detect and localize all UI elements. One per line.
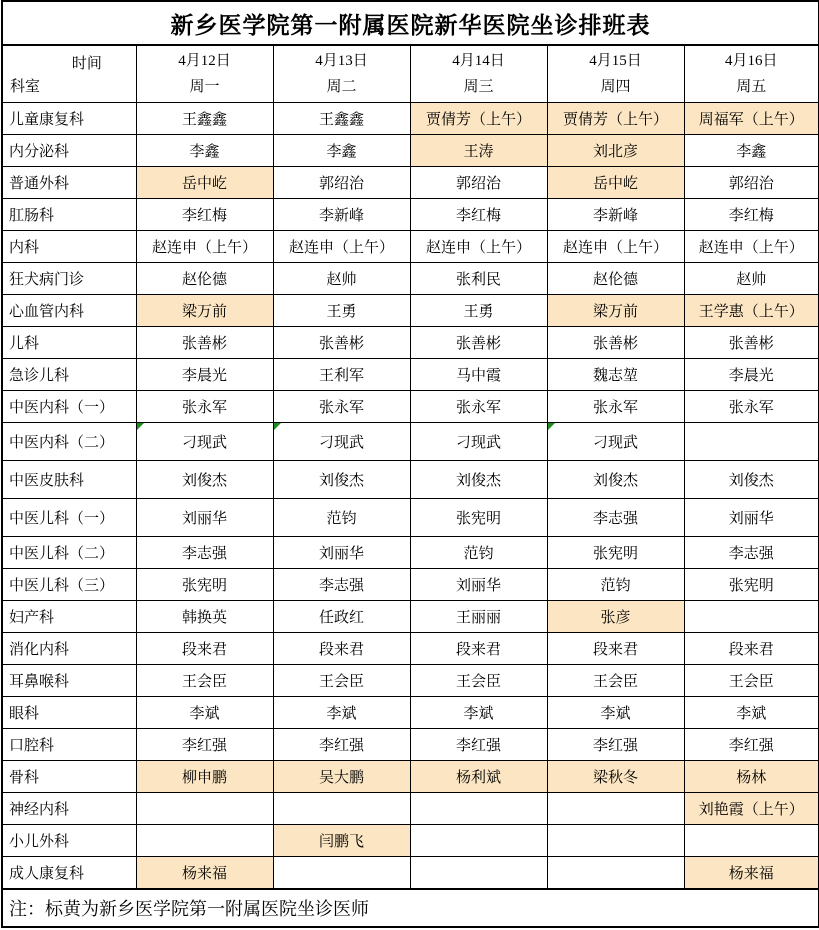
schedule-cell: 刘俊杰 [410,461,547,499]
schedule-cell [547,857,684,889]
day-header: 4月12日周一 [136,45,273,103]
schedule-cell: 王会臣 [547,665,684,697]
schedule-cell: 李斌 [273,697,410,729]
department-cell: 普通外科 [2,167,136,199]
doctor-name: 梁万前 [182,304,227,320]
doctor-name: 刁现武 [319,435,364,451]
doctor-name: 刘北彦 [593,144,638,160]
schedule-cell [410,793,547,825]
doctor-name: 韩换英 [182,610,227,626]
doctor-name: 李红强 [456,738,501,754]
schedule-cell: 张宪明 [410,499,547,537]
doctor-name: 张善彬 [182,336,227,352]
schedule-cell: 赵连申（上午） [684,231,819,263]
department-cell: 神经内科 [2,793,136,825]
schedule-cell: 刘俊杰 [684,461,819,499]
day-date: 4月14日 [411,48,547,74]
doctor-name: 刘俊杰 [593,473,638,489]
day-date: 4月13日 [274,48,410,74]
doctor-name: 周福军（上午） [699,112,804,128]
schedule-cell: 刘丽华 [410,569,547,601]
schedule-cell: 梁万前 [547,295,684,327]
table-row: 普通外科岳中屹郭绍治郭绍治岳中屹郭绍治 [2,167,819,199]
doctor-name: 段来君 [729,642,774,658]
doctor-name: 段来君 [593,642,638,658]
doctor-name: 刘艳霞（上午） [699,802,804,818]
schedule-cell [684,423,819,461]
day-weekday: 周二 [274,74,410,100]
schedule-cell: 刁现武 [273,423,410,461]
doctor-name: 魏志堃 [593,368,638,384]
doctor-name: 柳申鹏 [182,770,227,786]
doctor-name: 王涛 [463,144,493,160]
department-cell: 中医内科（二） [2,423,136,461]
schedule-cell [273,857,410,889]
schedule-cell: 岳中屹 [547,167,684,199]
doctor-name: 李晨光 [729,368,774,384]
schedule-cell: 段来君 [684,633,819,665]
schedule-cell: 张善彬 [136,327,273,359]
schedule-cell: 刁现武 [547,423,684,461]
schedule-cell: 李晨光 [684,359,819,391]
schedule-cell: 王学惠（上午） [684,295,819,327]
table-row: 骨科柳申鹏吴大鹏杨利斌梁秋冬杨林 [2,761,819,793]
schedule-cell: 王丽丽 [410,601,547,633]
schedule-cell: 张宪明 [684,569,819,601]
schedule-cell: 王鑫鑫 [273,103,410,135]
schedule-cell: 李红强 [684,729,819,761]
doctor-name: 李红强 [729,738,774,754]
schedule-cell: 郭绍治 [684,167,819,199]
day-weekday: 周五 [685,74,819,100]
schedule-cell: 赵连申（上午） [547,231,684,263]
schedule-cell [410,825,547,857]
doctor-name: 王勇 [326,304,356,320]
doctor-name: 刁现武 [456,435,501,451]
schedule-cell: 李志强 [684,537,819,569]
schedule-cell: 王会臣 [273,665,410,697]
table-row: 中医儿科（二）李志强刘丽华范钧张宪明李志强 [2,537,819,569]
schedule-cell: 杨利斌 [410,761,547,793]
doctor-name: 刁现武 [593,435,638,451]
department-cell: 成人康复科 [2,857,136,889]
doctor-name: 杨来福 [182,866,227,882]
schedule-cell: 李斌 [684,697,819,729]
schedule-cell: 张善彬 [684,327,819,359]
table-row: 口腔科李红强李红强李红强李红强李红强 [2,729,819,761]
doctor-name: 刁现武 [182,435,227,451]
schedule-cell: 李斌 [410,697,547,729]
doctor-name: 张彦 [600,610,630,626]
schedule-cell: 段来君 [273,633,410,665]
doctor-name: 张宪明 [729,578,774,594]
schedule-cell [547,825,684,857]
schedule-cell: 张永军 [547,391,684,423]
doctor-name: 王丽丽 [456,610,501,626]
schedule-cell: 王会臣 [684,665,819,697]
doctor-name: 李斌 [736,706,766,722]
schedule-cell: 郭绍治 [410,167,547,199]
schedule-cell: 闫鹏飞 [273,825,410,857]
schedule-cell: 李红梅 [684,199,819,231]
schedule-cell: 刘俊杰 [273,461,410,499]
schedule-cell: 王涛 [410,135,547,167]
doctor-name: 王鑫鑫 [319,112,364,128]
schedule-cell: 段来君 [136,633,273,665]
doctor-name: 王会臣 [319,674,364,690]
doctor-name: 梁秋冬 [593,770,638,786]
doctor-name: 李斌 [600,706,630,722]
doctor-name: 李志强 [729,546,774,562]
doctor-name: 刘丽华 [319,546,364,562]
doctor-name: 郭绍治 [319,176,364,192]
doctor-name: 张永军 [729,400,774,416]
schedule-cell: 王勇 [273,295,410,327]
day-weekday: 周一 [137,74,273,100]
doctor-name: 郭绍治 [456,176,501,192]
department-cell: 急诊儿科 [2,359,136,391]
table-row: 消化内科段来君段来君段来君段来君段来君 [2,633,819,665]
schedule-cell: 范钧 [273,499,410,537]
doctor-name: 贾倩芳（上午） [426,112,531,128]
schedule-cell: 刘北彦 [547,135,684,167]
table-row: 中医内科（二）刁现武刁现武刁现武刁现武 [2,423,819,461]
schedule-cell: 柳申鹏 [136,761,273,793]
doctor-name: 范钧 [463,546,493,562]
table-row: 急诊儿科李晨光王利军马中霞魏志堃李晨光 [2,359,819,391]
department-cell: 中医儿科（二） [2,537,136,569]
doctor-name: 李斌 [463,706,493,722]
schedule-cell: 李红梅 [410,199,547,231]
schedule-cell: 王鑫鑫 [136,103,273,135]
doctor-name: 张善彬 [319,336,364,352]
schedule-cell: 张永军 [273,391,410,423]
doctor-name: 吴大鹏 [319,770,364,786]
schedule-cell: 赵连申（上午） [136,231,273,263]
doctor-name: 王会臣 [593,674,638,690]
doctor-name: 梁万前 [593,304,638,320]
schedule-cell: 张善彬 [273,327,410,359]
doctor-name: 任政红 [319,610,364,626]
doctor-name: 闫鹏飞 [319,834,364,850]
doctor-name: 岳中屹 [182,176,227,192]
schedule-cell: 张善彬 [410,327,547,359]
department-cell: 内分泌科 [2,135,136,167]
day-date: 4月12日 [137,48,273,74]
schedule-cell: 贾倩芳（上午） [410,103,547,135]
corner-cell: 时间 科室 [2,45,136,103]
table-row: 神经内科刘艳霞（上午） [2,793,819,825]
schedule-cell: 张宪明 [136,569,273,601]
doctor-name: 赵连申（上午） [289,240,394,256]
schedule-cell: 王勇 [410,295,547,327]
day-date: 4月15日 [548,48,684,74]
schedule-cell: 张永军 [410,391,547,423]
department-cell: 小儿外科 [2,825,136,857]
schedule-cell: 李红强 [136,729,273,761]
schedule-cell: 李红梅 [136,199,273,231]
schedule-cell: 李红强 [273,729,410,761]
schedule-cell: 李斌 [136,697,273,729]
doctor-name: 李志强 [593,511,638,527]
doctor-name: 李鑫 [189,144,219,160]
schedule-cell [273,793,410,825]
day-header: 4月14日周三 [410,45,547,103]
schedule-cell: 郭绍治 [273,167,410,199]
day-header: 4月16日周五 [684,45,819,103]
schedule-cell: 赵伦德 [136,263,273,295]
day-header: 4月13日周二 [273,45,410,103]
doctor-name: 李志强 [182,546,227,562]
department-cell: 肛肠科 [2,199,136,231]
schedule-table: 新乡医学院第一附属医院新华医院坐诊排班表 时间 科室 4月12日周一4月13日周… [1,0,819,928]
day-date: 4月16日 [685,48,819,74]
schedule-cell: 刘丽华 [273,537,410,569]
schedule-cell: 魏志堃 [547,359,684,391]
schedule-cell: 刁现武 [136,423,273,461]
schedule-cell: 李新峰 [547,199,684,231]
schedule-cell: 李红强 [410,729,547,761]
schedule-cell: 张利民 [410,263,547,295]
doctor-name: 赵伦德 [593,272,638,288]
doctor-name: 张善彬 [729,336,774,352]
cell-error-marker-icon [137,423,144,430]
doctor-name: 赵连申（上午） [152,240,257,256]
doctor-name: 赵伦德 [182,272,227,288]
cell-error-marker-icon [274,423,281,430]
table-row: 中医儿科（三）张宪明李志强刘丽华范钧张宪明 [2,569,819,601]
schedule-cell: 张永军 [684,391,819,423]
table-row: 内分泌科李鑫李鑫王涛刘北彦李鑫 [2,135,819,167]
doctor-name: 李红强 [319,738,364,754]
department-cell: 妇产科 [2,601,136,633]
department-cell: 儿童康复科 [2,103,136,135]
schedule-cell: 马中霞 [410,359,547,391]
schedule-cell: 李鑫 [273,135,410,167]
doctor-name: 王会臣 [182,674,227,690]
schedule-cell: 张彦 [547,601,684,633]
schedule-sheet: 新乡医学院第一附属医院新华医院坐诊排班表 时间 科室 4月12日周一4月13日周… [1,0,818,928]
doctor-name: 张善彬 [593,336,638,352]
doctor-name: 岳中屹 [593,176,638,192]
schedule-cell: 刘丽华 [136,499,273,537]
schedule-cell: 岳中屹 [136,167,273,199]
schedule-cell: 周福军（上午） [684,103,819,135]
department-cell: 中医儿科（一） [2,499,136,537]
schedule-cell: 梁秋冬 [547,761,684,793]
doctor-name: 王利军 [319,368,364,384]
schedule-cell: 杨林 [684,761,819,793]
department-cell: 中医内科（一） [2,391,136,423]
department-cell: 中医皮肤科 [2,461,136,499]
doctor-name: 张宪明 [456,511,501,527]
doctor-name: 范钧 [600,578,630,594]
doctor-name: 刘俊杰 [182,473,227,489]
doctor-name: 赵帅 [326,272,356,288]
schedule-cell: 王利军 [273,359,410,391]
doctor-name: 赵连申（上午） [699,240,804,256]
doctor-name: 刘丽华 [729,511,774,527]
doctor-name: 郭绍治 [729,176,774,192]
doctor-name: 刘俊杰 [456,473,501,489]
schedule-cell [136,793,273,825]
schedule-cell: 吴大鹏 [273,761,410,793]
doctor-name: 张宪明 [593,546,638,562]
schedule-cell: 范钧 [547,569,684,601]
schedule-cell: 李斌 [547,697,684,729]
footnote-row: 注：标黄为新乡医学院第一附属医院坐诊医师 [2,889,819,927]
doctor-name: 张利民 [456,272,501,288]
schedule-cell: 范钧 [410,537,547,569]
schedule-cell: 刘俊杰 [136,461,273,499]
doctor-name: 张宪明 [182,578,227,594]
doctor-name: 李红梅 [456,208,501,224]
doctor-name: 张永军 [593,400,638,416]
doctor-name: 杨林 [736,770,766,786]
doctor-name: 杨来福 [729,866,774,882]
schedule-cell: 李新峰 [273,199,410,231]
department-cell: 儿科 [2,327,136,359]
schedule-cell: 李鑫 [684,135,819,167]
schedule-cell [684,825,819,857]
doctor-name: 杨利斌 [456,770,501,786]
doctor-name: 王学惠（上午） [699,304,804,320]
doctor-name: 张永军 [182,400,227,416]
schedule-cell: 李志强 [273,569,410,601]
schedule-cell [136,825,273,857]
schedule-cell: 赵帅 [684,263,819,295]
table-row: 眼科李斌李斌李斌李斌李斌 [2,697,819,729]
doctor-name: 王鑫鑫 [182,112,227,128]
schedule-cell: 杨来福 [136,857,273,889]
doctor-name: 李新峰 [319,208,364,224]
doctor-name: 刘俊杰 [729,473,774,489]
schedule-cell: 李鑫 [136,135,273,167]
department-cell: 消化内科 [2,633,136,665]
department-cell: 狂犬病门诊 [2,263,136,295]
doctor-name: 李鑫 [326,144,356,160]
doctor-name: 李晨光 [182,368,227,384]
schedule-cell: 贾倩芳（上午） [547,103,684,135]
table-row: 儿科张善彬张善彬张善彬张善彬张善彬 [2,327,819,359]
schedule-cell: 王会臣 [136,665,273,697]
doctor-name: 段来君 [319,642,364,658]
table-row: 小儿外科闫鹏飞 [2,825,819,857]
schedule-cell: 韩换英 [136,601,273,633]
schedule-cell: 李志强 [547,499,684,537]
doctor-name: 张永军 [319,400,364,416]
table-row: 成人康复科杨来福杨来福 [2,857,819,889]
cell-error-marker-icon [548,423,555,430]
doctor-name: 段来君 [456,642,501,658]
table-row: 心血管内科梁万前王勇王勇梁万前王学惠（上午） [2,295,819,327]
day-weekday: 周四 [548,74,684,100]
department-cell: 中医儿科（三） [2,569,136,601]
table-row: 中医儿科（一）刘丽华范钧张宪明李志强刘丽华 [2,499,819,537]
doctor-name: 刘俊杰 [319,473,364,489]
table-row: 狂犬病门诊赵伦德赵帅张利民赵伦德赵帅 [2,263,819,295]
doctor-name: 王会臣 [456,674,501,690]
schedule-cell: 王会臣 [410,665,547,697]
doctor-name: 李红梅 [182,208,227,224]
department-cell: 心血管内科 [2,295,136,327]
day-weekday: 周三 [411,74,547,100]
doctor-name: 张善彬 [456,336,501,352]
schedule-cell: 张永军 [136,391,273,423]
schedule-cell [547,793,684,825]
table-row: 妇产科韩换英任政红王丽丽张彦 [2,601,819,633]
doctor-name: 李红梅 [729,208,774,224]
doctor-name: 王勇 [463,304,493,320]
corner-time-label: 时间 [72,52,102,73]
schedule-cell: 李红强 [547,729,684,761]
department-cell: 耳鼻喉科 [2,665,136,697]
schedule-cell [684,601,819,633]
table-row: 内科赵连申（上午）赵连申（上午）赵连申（上午）赵连申（上午）赵连申（上午） [2,231,819,263]
table-row: 儿童康复科王鑫鑫王鑫鑫贾倩芳（上午）贾倩芳（上午）周福军（上午） [2,103,819,135]
doctor-name: 赵连申（上午） [563,240,668,256]
schedule-cell: 段来君 [410,633,547,665]
schedule-cell: 张善彬 [547,327,684,359]
title-row: 新乡医学院第一附属医院新华医院坐诊排班表 [2,1,819,45]
corner-dept-label: 科室 [10,75,40,96]
doctor-name: 赵连申（上午） [426,240,531,256]
doctor-name: 王会臣 [729,674,774,690]
schedule-cell: 刘艳霞（上午） [684,793,819,825]
department-cell: 口腔科 [2,729,136,761]
page-title: 新乡医学院第一附属医院新华医院坐诊排班表 [2,1,819,45]
doctor-name: 李鑫 [736,144,766,160]
schedule-cell: 刘俊杰 [547,461,684,499]
schedule-cell: 段来君 [547,633,684,665]
doctor-name: 贾倩芳（上午） [563,112,668,128]
doctor-name: 李红强 [593,738,638,754]
doctor-name: 刘丽华 [182,511,227,527]
schedule-cell: 张宪明 [547,537,684,569]
doctor-name: 李斌 [326,706,356,722]
schedule-cell: 赵帅 [273,263,410,295]
department-cell: 眼科 [2,697,136,729]
schedule-cell: 赵连申（上午） [410,231,547,263]
doctor-name: 张永军 [456,400,501,416]
schedule-cell: 任政红 [273,601,410,633]
schedule-cell: 李志强 [136,537,273,569]
header-row: 时间 科室 4月12日周一4月13日周二4月14日周三4月15日周四4月16日周… [2,45,819,103]
schedule-cell: 梁万前 [136,295,273,327]
doctor-name: 李斌 [189,706,219,722]
doctor-name: 李红强 [182,738,227,754]
schedule-cell: 赵连申（上午） [273,231,410,263]
day-header: 4月15日周四 [547,45,684,103]
doctor-name: 马中霞 [456,368,501,384]
schedule-cell: 刘丽华 [684,499,819,537]
table-row: 中医内科（一）张永军张永军张永军张永军张永军 [2,391,819,423]
schedule-cell: 李晨光 [136,359,273,391]
table-row: 肛肠科李红梅李新峰李红梅李新峰李红梅 [2,199,819,231]
doctor-name: 范钧 [326,511,356,527]
table-row: 耳鼻喉科王会臣王会臣王会臣王会臣王会臣 [2,665,819,697]
department-cell: 骨科 [2,761,136,793]
doctor-name: 李志强 [319,578,364,594]
footnote: 注：标黄为新乡医学院第一附属医院坐诊医师 [2,889,819,927]
schedule-cell: 杨来福 [684,857,819,889]
doctor-name: 刘丽华 [456,578,501,594]
department-cell: 内科 [2,231,136,263]
schedule-cell: 刁现武 [410,423,547,461]
doctor-name: 段来君 [182,642,227,658]
doctor-name: 李新峰 [593,208,638,224]
schedule-cell: 赵伦德 [547,263,684,295]
